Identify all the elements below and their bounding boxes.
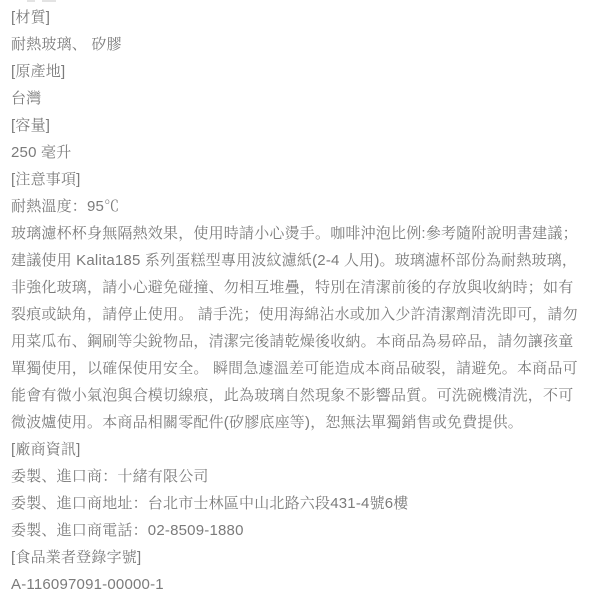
notice-text-line: 耐熱溫度：95℃: [11, 193, 592, 220]
origin-text-line: 台灣: [11, 85, 592, 112]
section-label-notice: [注意事項]: [11, 166, 592, 193]
clipped-text-fragment: [27, 0, 35, 2]
product-description-text: [材質]耐熱玻璃、 矽膠[原產地]台灣[容量]250 毫升[注意事項]耐熱溫度：…: [0, 0, 600, 598]
section-label-origin: [原產地]: [11, 58, 592, 85]
notice-text-line: 玻璃濾杯杯身無隔熱效果，使用時請小心燙手。咖啡沖泡比例:參考隨附說明書建議；: [11, 220, 592, 247]
notice-text-line: 非強化玻璃，請小心避免碰撞、勿相互堆疊，特別在清潔前後的存放與收納時；如有: [11, 274, 592, 301]
capacity-text-line: 250 毫升: [11, 139, 592, 166]
clipped-previous-line-artifact: [0, 0, 600, 3]
notice-text-line: 建議使用 Kalita185 系列蛋糕型專用波紋濾紙(2-4 人用)。玻璃濾杯部…: [11, 247, 592, 274]
registration-text-line: A-116097091-00000-1: [11, 571, 592, 598]
material-text-line: 耐熱玻璃、 矽膠: [11, 31, 592, 58]
notice-text-line: 微波爐使用。本商品相關零配件(矽膠底座等)，恕無法單獨銷售或免費提供。: [11, 409, 592, 436]
clipped-text-fragment: [42, 0, 56, 2]
section-label-registration: [食品業者登錄字號]: [11, 544, 592, 571]
section-label-vendor: [廠商資訊]: [11, 436, 592, 463]
vendor-text-line: 委製、進口商地址：台北市士林區中山北路六段431-4號6樓: [11, 490, 592, 517]
notice-text-line: 能會有微小氣泡與合模切線痕，此為玻璃自然現象不影響品質。可洗碗機清洗，不可: [11, 382, 592, 409]
notice-text-line: 用菜瓜布、鋼刷等尖銳物品，清潔完後請乾燥後收納。本商品為易碎品，請勿讓孩童: [11, 328, 592, 355]
vendor-text-line: 委製、進口商：十緒有限公司: [11, 463, 592, 490]
notice-text-line: 單獨使用，以確保使用安全。 瞬間急遽溫差可能造成本商品破裂，請避免。本商品可: [11, 355, 592, 382]
notice-text-line: 裂痕或缺角，請停止使用。 請手洗；使用海綿沾水或加入少許清潔劑清洗即可，請勿: [11, 301, 592, 328]
vendor-text-line: 委製、進口商電話：02-8509-1880: [11, 517, 592, 544]
section-label-capacity: [容量]: [11, 112, 592, 139]
section-label-material: [材質]: [11, 4, 592, 31]
